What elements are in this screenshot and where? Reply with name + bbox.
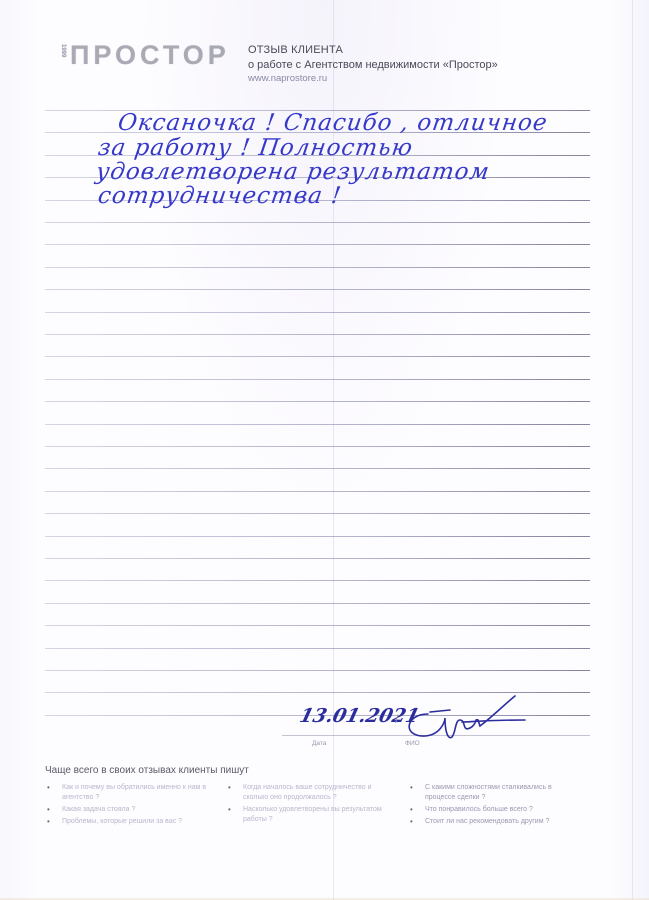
ruled-line xyxy=(45,446,590,447)
review-line: удовлетворена результатом xyxy=(94,161,491,184)
ruled-line xyxy=(45,222,590,223)
ruled-line xyxy=(45,513,590,514)
prompt-item: Что понравилось больше всего ? xyxy=(410,805,575,815)
page-edge xyxy=(632,0,633,900)
review-line: Оксаночка ! Спасибо , отличное xyxy=(116,112,549,135)
ruled-line xyxy=(45,491,590,492)
ruled-line xyxy=(45,558,590,559)
ruled-line xyxy=(45,580,590,581)
prompt-item: С какими сложностями сталкивались в проц… xyxy=(410,783,575,803)
ruled-line xyxy=(45,468,590,469)
ruled-line xyxy=(45,334,590,335)
ruled-line xyxy=(45,244,590,245)
form-title: ОТЗЫВ КЛИЕНТА xyxy=(248,44,498,57)
review-line: за работу ! Полностью xyxy=(96,137,414,160)
date-name-separator: / xyxy=(395,712,398,726)
prompt-item: Какая задача стояла ? xyxy=(47,805,212,815)
ruled-line xyxy=(45,625,590,626)
ruled-line xyxy=(45,379,590,380)
ruled-line xyxy=(45,670,590,671)
prompt-item: Стоит ли нас рекомендовать другим ? xyxy=(410,817,575,827)
logo-text: ПРОСТОР xyxy=(70,40,230,70)
ruled-line xyxy=(45,648,590,649)
ruled-line xyxy=(45,536,590,537)
ruled-line xyxy=(45,401,590,402)
signature-mark xyxy=(400,692,530,752)
footer-prompts-col-2: Когда началось ваше сотрудничество и ско… xyxy=(228,783,393,827)
prompt-item: Когда началось ваше сотрудничество и ско… xyxy=(228,783,393,803)
form-subtitle: о работе с Агентством недвижимости «Прос… xyxy=(248,58,498,72)
company-logo: 1999ПРОСТОР xyxy=(60,40,230,71)
date-label: Дата xyxy=(312,740,326,747)
ruled-line xyxy=(45,267,590,268)
ruled-line xyxy=(45,312,590,313)
ruled-line xyxy=(45,424,590,425)
form-header: ОТЗЫВ КЛИЕНТА о работе с Агентством недв… xyxy=(248,44,498,86)
review-line: сотрудничества ! xyxy=(96,185,343,208)
company-website-link[interactable]: www.naprostore.ru xyxy=(248,72,498,86)
prompt-item: Насколько удовлетворены вы результатом р… xyxy=(228,805,393,825)
prompt-item: Проблемы, которые решили за вас ? xyxy=(47,817,212,827)
ruled-line xyxy=(45,289,590,290)
prompt-item: Как и почему вы обратились именно к нам … xyxy=(47,783,212,803)
footer-prompt-title: Чаще всего в своих отзывах клиенты пишут xyxy=(45,765,249,776)
logo-since-year: 1999 xyxy=(60,44,66,57)
footer-prompts-col-3: С какими сложностями сталкивались в проц… xyxy=(410,783,575,829)
footer-prompts-col-1: Как и почему вы обратились именно к нам … xyxy=(47,783,212,829)
ruled-line xyxy=(45,356,590,357)
ruled-line xyxy=(45,603,590,604)
